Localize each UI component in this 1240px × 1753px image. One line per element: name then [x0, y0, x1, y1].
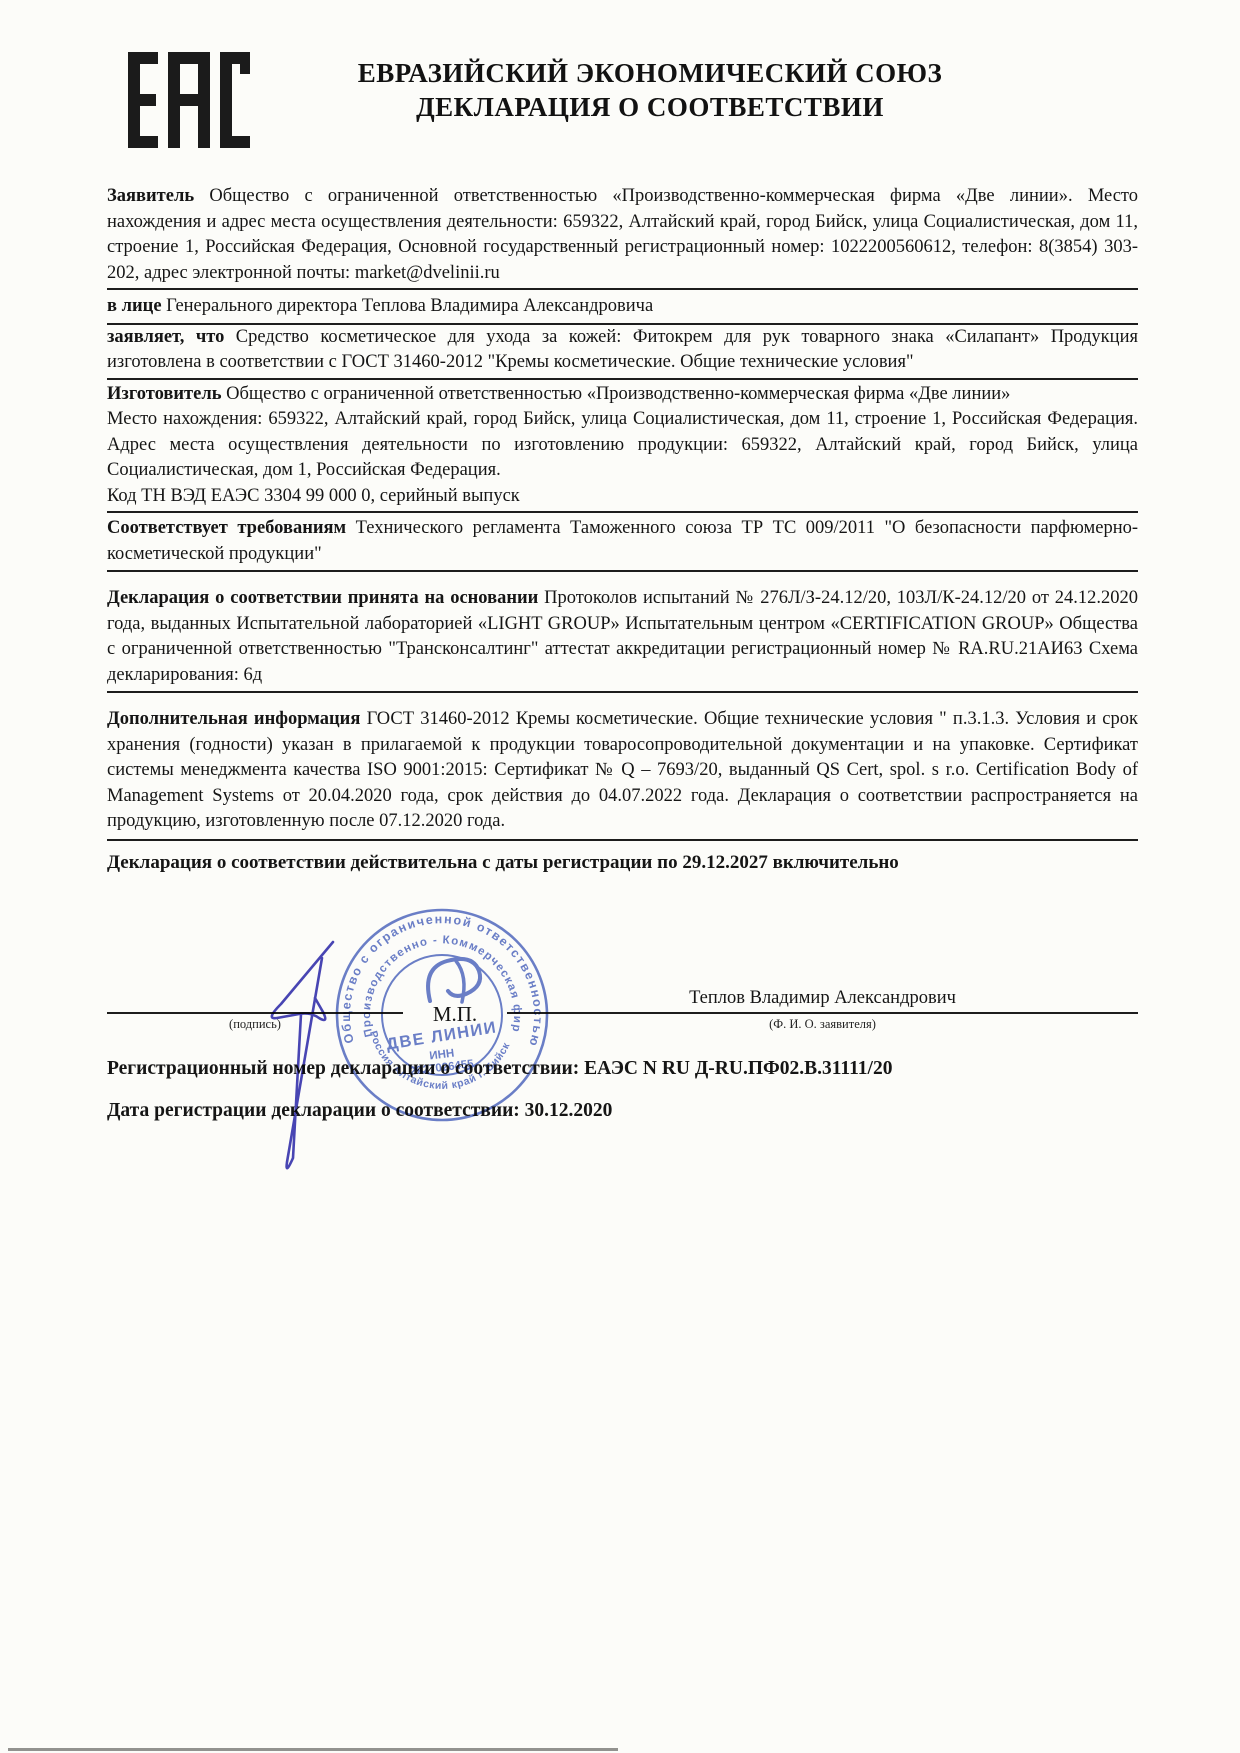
- declares-text: Средство косметическое для ухода за коже…: [107, 327, 1138, 373]
- manufacturer-text: Общество с ограниченной ответственностью…: [226, 384, 1010, 404]
- section-basis: Декларация о соответствии принята на осн…: [107, 572, 1138, 693]
- title-declaration: ДЕКЛАРАЦИЯ О СООТВЕТСТВИИ: [250, 90, 1050, 124]
- signer-name-field: Теплов Владимир Александрович (Ф. И. О. …: [507, 988, 1138, 1032]
- manufacturer-tnved-code: Код ТН ВЭД ЕАЭС 3304 99 000 0, серийный …: [107, 484, 1138, 510]
- complies-label: Соответствует требованиям: [107, 518, 346, 538]
- declaration-document: ЕВРАЗИЙСКИЙ ЭКОНОМИЧЕСКИЙ СОЮЗ ДЕКЛАРАЦИ…: [0, 0, 1240, 1753]
- section-complies: Соответствует требованиям Технического р…: [107, 513, 1138, 572]
- registration-number-value: ЕАЭС N RU Д-RU.ПФ02.В.31111/20: [584, 1058, 892, 1079]
- declares-label: заявляет, что: [107, 327, 224, 347]
- signer-name-caption: (Ф. И. О. заявителя): [507, 1014, 1138, 1032]
- in-person-text: Генерального директора Теплова Владимира…: [166, 296, 653, 316]
- section-declares: заявляет, что Средство косметическое для…: [107, 325, 1138, 380]
- handwritten-signature: [235, 928, 365, 1178]
- validity-statement: Декларация о соответствии действительна …: [107, 841, 1138, 876]
- section-in-person: в лице Генерального директора Теплова Вл…: [107, 290, 1138, 325]
- basis-label: Декларация о соответствии принята на осн…: [107, 588, 538, 608]
- additional-info-label: Дополнительная информация: [107, 709, 360, 729]
- section-additional-info: Дополнительная информация ГОСТ 31460-201…: [107, 693, 1138, 841]
- company-stamp: Общество с ограниченной ответственностью…: [335, 908, 549, 1122]
- section-applicant: Заявитель Общество с ограниченной ответс…: [107, 184, 1138, 290]
- section-manufacturer: Изготовитель Общество с ограниченной отв…: [107, 380, 1138, 514]
- applicant-text: Общество с ограниченной ответственностью…: [107, 186, 1138, 283]
- scan-edge-artifact: [8, 1748, 618, 1751]
- in-person-label: в лице: [107, 296, 162, 316]
- document-body: Заявитель Общество с ограниченной ответс…: [107, 184, 1138, 875]
- document-title: ЕВРАЗИЙСКИЙ ЭКОНОМИЧЕСКИЙ СОЮЗ ДЕКЛАРАЦИ…: [250, 56, 1050, 124]
- eac-logo: [128, 52, 250, 148]
- title-union: ЕВРАЗИЙСКИЙ ЭКОНОМИЧЕСКИЙ СОЮЗ: [250, 56, 1050, 90]
- manufacturer-address: Место нахождения: 659322, Алтайский край…: [107, 407, 1138, 484]
- applicant-label: Заявитель: [107, 186, 194, 206]
- manufacturer-label: Изготовитель: [107, 384, 222, 404]
- signer-name: Теплов Владимир Александрович: [507, 988, 1138, 1014]
